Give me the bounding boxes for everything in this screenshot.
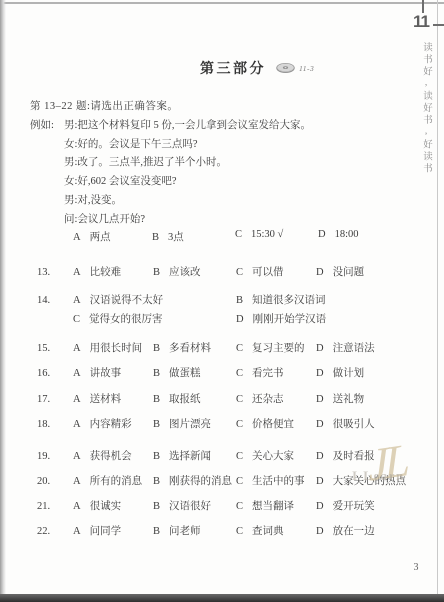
option-letter: C: [236, 497, 243, 516]
question-number: 21.: [37, 497, 50, 516]
audio-disc-icon: [276, 62, 295, 74]
answer-option: B汉语很好: [153, 497, 211, 516]
option-letter: B: [153, 364, 160, 383]
answer-option: D送礼物: [316, 390, 364, 409]
answer-option: C价格便宜: [236, 415, 294, 434]
lesson-tab-tick-horizontal: [433, 24, 444, 26]
lesson-tab-number: 11: [408, 12, 434, 32]
option-text: 取报纸: [169, 394, 201, 405]
option-text: 关心大家: [252, 451, 294, 462]
answer-option: C关心大家: [236, 447, 294, 466]
option-text: 想当翻译: [252, 501, 294, 512]
option-text: 复习主要的: [252, 343, 305, 354]
option-text: 多看材料: [169, 343, 211, 354]
option-letter: A: [73, 472, 81, 491]
option-letter: C: [236, 390, 243, 409]
question-number: 19.: [37, 447, 50, 466]
option-text: 讲故事: [90, 368, 122, 379]
option-letter: D: [316, 522, 324, 541]
option-letter: B: [153, 415, 160, 434]
option-text: 内容精彩: [90, 419, 132, 430]
option-text: 18:00: [335, 229, 359, 240]
page-number: 3: [406, 562, 426, 573]
question-number: 18.: [37, 415, 50, 434]
option-letter: B: [153, 522, 160, 541]
option-letter: C: [236, 447, 243, 466]
answer-option: A所有的消息: [73, 472, 142, 491]
option-text: 查词典: [252, 526, 284, 537]
option-letter: D: [316, 472, 324, 491]
example-option: C15:30 √: [235, 229, 283, 240]
option-text: 生活中的事: [252, 476, 305, 487]
option-letter: A: [73, 447, 81, 466]
answer-option: B多看材料: [153, 339, 211, 358]
option-letter: A: [73, 232, 81, 243]
option-letter: A: [73, 364, 81, 383]
option-text: 问老师: [169, 526, 201, 537]
page-right-edge: [437, 0, 438, 594]
dialogue-line: 问:会议几点开始?: [30, 211, 410, 230]
textbook-page: 11 读书好,读好书,好读书 第三部分 11-3 第 13–22 题:请选出正确…: [0, 0, 444, 602]
option-letter: B: [152, 232, 159, 243]
audio-track-label: 11-3: [299, 64, 314, 73]
dialogue-line: 例如:男:把这个材料复印 5 份,一会儿拿到会议室发给大家。: [30, 117, 410, 136]
answer-option: A比较难: [73, 263, 121, 282]
option-text: 两点: [90, 232, 111, 243]
question-number: 14.: [37, 291, 50, 310]
option-text: 可以借: [252, 267, 284, 278]
option-letter: D: [318, 229, 326, 240]
option-letter: C: [236, 472, 243, 491]
option-text: 做蛋糕: [169, 368, 201, 379]
dialogue-line: 女:好,602 会议室没变吧?: [30, 173, 410, 192]
option-text: 注意语法: [333, 343, 375, 354]
example-dialogue: 例如:男:把这个材料复印 5 份,一会儿拿到会议室发给大家。女:好的。会议是下午…: [30, 117, 410, 229]
option-text: 价格便宜: [252, 419, 294, 430]
watermark-text: I Learn: [352, 468, 444, 484]
answer-option: D刚刚开始学汉语: [236, 310, 326, 329]
example-label: 例如:: [30, 117, 64, 136]
question-number: 20.: [37, 472, 50, 491]
answer-option: D做计划: [316, 364, 364, 383]
answer-option: C查词典: [236, 522, 284, 541]
option-letter: A: [73, 497, 81, 516]
option-text: 很诚实: [90, 501, 122, 512]
option-text: 选择新闻: [169, 451, 211, 462]
answer-option: A获得机会: [73, 447, 132, 466]
answer-option: D注意语法: [316, 339, 375, 358]
sidebar-motto: 读书好,读好书,好读书: [419, 42, 433, 175]
section-title: 第三部分: [200, 58, 266, 78]
option-letter: D: [316, 364, 324, 383]
answer-option: B应该改: [153, 263, 201, 282]
option-letter: B: [153, 390, 160, 409]
option-text: 爱开玩笑: [333, 501, 375, 512]
dialogue-line: 女:好的。会议是下午三点吗?: [30, 136, 410, 155]
answer-option: C想当翻译: [236, 497, 294, 516]
page-bottom-edge: [0, 594, 444, 602]
option-text: 所有的消息: [90, 476, 143, 487]
option-text: 比较难: [90, 267, 122, 278]
instruction-text: 第 13–22 题:请选出正确答案。: [30, 98, 178, 113]
answer-option: D没问题: [316, 263, 364, 282]
question-number: 15.: [37, 339, 50, 358]
option-letter: A: [73, 339, 81, 358]
option-text: 用很长时间: [90, 343, 143, 354]
dialogue-line: 男:对,没变。: [30, 192, 410, 211]
option-text: 汉语很好: [169, 501, 211, 512]
answer-option: A问同学: [73, 522, 121, 541]
example-options: A两点B3点C15:30 √D18:00: [30, 229, 410, 248]
option-letter: D: [316, 263, 324, 282]
answer-option: B知道很多汉语词: [236, 291, 326, 310]
answer-option: C还杂志: [236, 390, 284, 409]
option-text: 做计划: [333, 368, 365, 379]
option-text: 汉语说得不太好: [90, 295, 164, 306]
option-letter: C: [236, 522, 243, 541]
option-letter: A: [73, 263, 81, 282]
example-block: 例如:男:把这个材料复印 5 份,一会儿拿到会议室发给大家。女:好的。会议是下午…: [30, 117, 410, 248]
option-letter: D: [316, 447, 324, 466]
answer-option: C可以借: [236, 263, 284, 282]
answer-option: D爱开玩笑: [316, 497, 375, 516]
answer-option: A用很长时间: [73, 339, 142, 358]
option-text: 还杂志: [252, 394, 284, 405]
option-text: 应该改: [169, 267, 201, 278]
option-letter: C: [73, 310, 80, 329]
option-text: 图片漂亮: [169, 419, 211, 430]
answer-option: D很吸引人: [316, 415, 375, 434]
option-text: 刚获得的消息: [169, 476, 232, 487]
answer-option: A内容精彩: [73, 415, 132, 434]
answer-option: C觉得女的很厉害: [73, 310, 163, 329]
option-text: 知道很多汉语词: [252, 295, 326, 306]
option-text: 送礼物: [333, 394, 365, 405]
dialogue-line: 男:改了。三点半,推迟了半个小时。: [30, 154, 410, 173]
option-letter: C: [235, 229, 242, 240]
option-letter: D: [316, 415, 324, 434]
answer-option: A送材料: [73, 390, 121, 409]
option-letter: B: [153, 472, 160, 491]
option-text: 送材料: [90, 394, 122, 405]
option-letter: B: [236, 291, 243, 310]
example-option: D18:00: [318, 229, 359, 240]
answer-option: B问老师: [153, 522, 201, 541]
option-letter: D: [316, 390, 324, 409]
option-text: 问同学: [90, 526, 122, 537]
option-letter: A: [73, 522, 81, 541]
option-text: 获得机会: [90, 451, 132, 462]
example-option: B3点: [152, 229, 184, 244]
option-letter: C: [236, 339, 243, 358]
option-text: 15:30 √: [251, 229, 283, 240]
page-top-edge: [0, 2, 444, 4]
option-letter: C: [236, 415, 243, 434]
option-text: 3点: [168, 232, 184, 243]
question-number: 22.: [37, 522, 50, 541]
option-letter: D: [316, 497, 324, 516]
answer-option: B图片漂亮: [153, 415, 211, 434]
option-letter: C: [236, 364, 243, 383]
answer-option: A汉语说得不太好: [73, 291, 163, 310]
option-letter: D: [236, 310, 244, 329]
option-letter: A: [73, 390, 81, 409]
example-option: A两点: [73, 229, 111, 244]
option-text: 很吸引人: [333, 419, 375, 430]
option-letter: B: [153, 497, 160, 516]
option-text: 觉得女的很厉害: [89, 314, 163, 325]
question-number: 13.: [37, 263, 50, 282]
option-text: 没问题: [333, 267, 365, 278]
option-letter: A: [73, 291, 81, 310]
answer-option: C复习主要的: [236, 339, 305, 358]
option-letter: B: [153, 447, 160, 466]
section-header: 第三部分 11-3: [200, 58, 314, 78]
option-letter: C: [236, 263, 243, 282]
answer-option: C看完书: [236, 364, 284, 383]
option-letter: D: [316, 339, 324, 358]
answer-option: B取报纸: [153, 390, 201, 409]
answer-option: D及时看报: [316, 447, 375, 466]
option-text: 刚刚开始学汉语: [253, 314, 327, 325]
option-text: 放在一边: [333, 526, 375, 537]
answer-option: A很诚实: [73, 497, 121, 516]
answer-option: A讲故事: [73, 364, 121, 383]
question-number: 17.: [37, 390, 50, 409]
page-left-edge: [0, 0, 6, 602]
answer-option: B做蛋糕: [153, 364, 201, 383]
answer-option: B刚获得的消息: [153, 472, 232, 491]
answer-option: D放在一边: [316, 522, 375, 541]
answer-option: C生活中的事: [236, 472, 305, 491]
option-letter: A: [73, 415, 81, 434]
option-letter: B: [153, 339, 160, 358]
option-text: 看完书: [252, 368, 284, 379]
question-number: 16.: [37, 364, 50, 383]
answer-option: B选择新闻: [153, 447, 211, 466]
option-letter: B: [153, 263, 160, 282]
